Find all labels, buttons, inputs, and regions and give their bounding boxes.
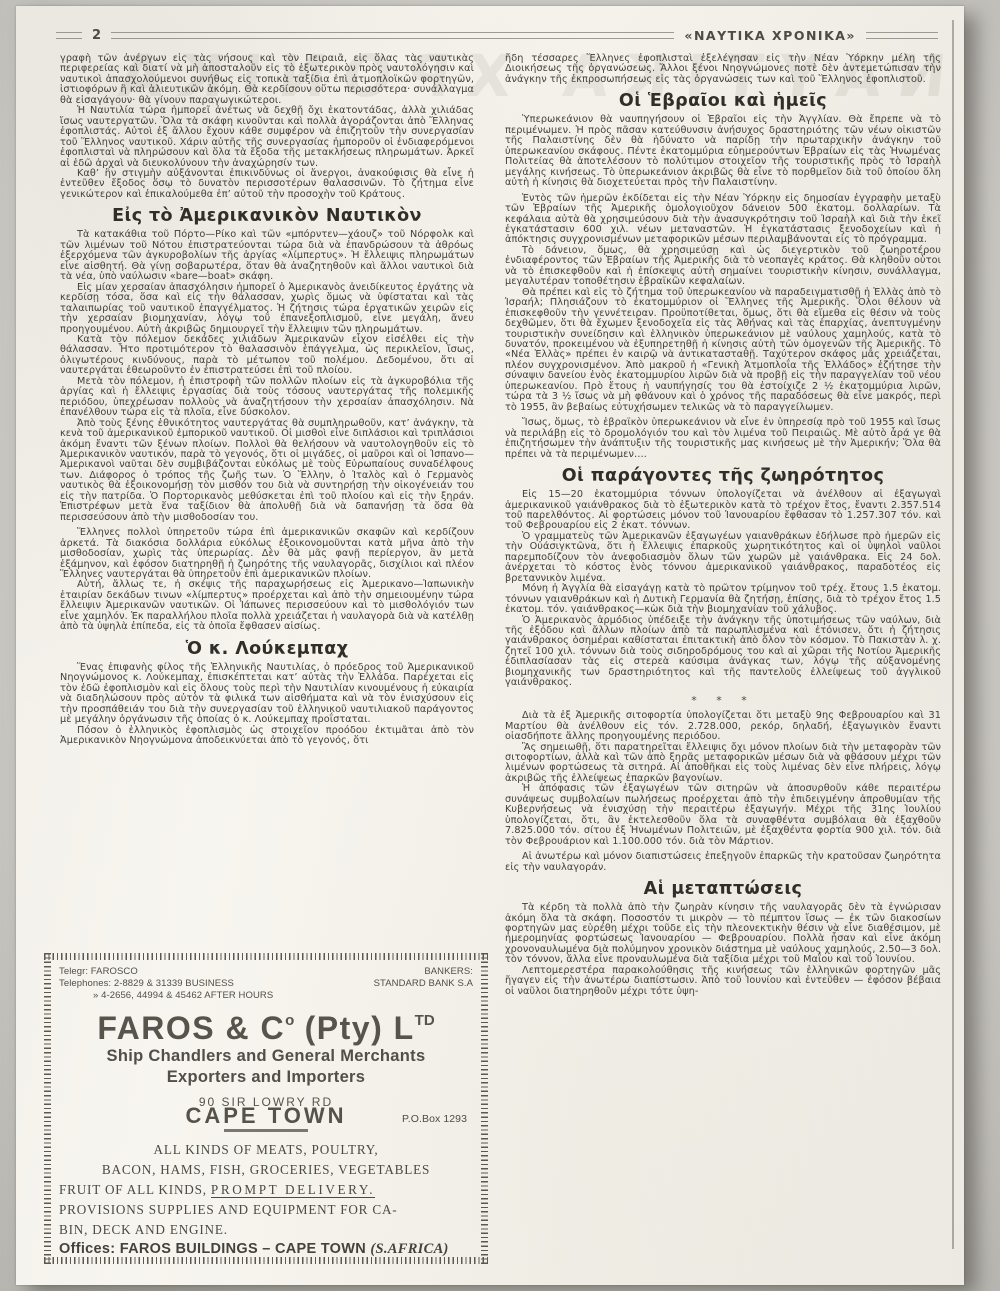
ad-prompt-delivery: PROMPT DELIVERY. bbox=[211, 1182, 375, 1198]
ad-city: CAPE TOWN bbox=[185, 1103, 346, 1128]
paragraph: Κατὰ τὸν πόλεμον δεκάδες χιλιάδων Ἀμερικ… bbox=[60, 335, 474, 377]
paragraph: Πόσον ὁ ἑλληνικὸς ἐφοπλισμὸς ὡς στοιχεῖο… bbox=[60, 726, 474, 747]
left-column-text: γραφὴ τῶν ἀνέργων εἰς τὰς νήσους καὶ τὸν… bbox=[60, 54, 474, 953]
page-number: 2 bbox=[92, 28, 101, 43]
paragraph: Τὰ κέρδη τὰ πολλὰ ἀπὸ τὴν ζωηρὰν κίνησιν… bbox=[505, 903, 941, 966]
ad-contact-row: Telegr: FAROSCO Telephones: 2-8829 & 313… bbox=[59, 966, 473, 1002]
ad-goods-line-3: FRUIT OF ALL KINDS, PROMPT DELIVERY. bbox=[59, 1180, 473, 1200]
header-rule-center bbox=[111, 32, 674, 39]
paragraph: Λεπτομερεστέρα παρακολούθησις τῆς κινήσε… bbox=[505, 966, 941, 997]
paragraph: Ὁ Ἀμερικανὸς ἁρμόδιος ὑπέδειξε τὴν ἀνάγκ… bbox=[505, 616, 941, 689]
ad-goods-line-4: PROVISIONS SUPPLIES AND EQUIPMENT FOR CA… bbox=[59, 1200, 473, 1220]
paragraph: Ἴσως, ὅμως, τὸ ἑβραϊκὸν ὑπερωκεάνιον νὰ … bbox=[505, 418, 941, 460]
ad-company-mid: (Pty) L bbox=[294, 1010, 414, 1046]
paragraph: Ἐντὸς τῶν ἡμερῶν ἐκδίδεται εἰς τὴν Νέαν … bbox=[505, 194, 941, 246]
right-column-text: ἤδη τέσσαρες Ἕλληνες ἐφοπλισταὶ ἐξελέγησ… bbox=[505, 54, 941, 997]
ad-ditto-mark: » bbox=[93, 990, 98, 1001]
ad-goods-line-2: BACON, HAMS, FISH, GROCERIES, VEGETABLES bbox=[59, 1160, 473, 1180]
paragraph: Ἕνας ἐπιφανὴς φίλος τῆς Ἑλληνικῆς Ναυτιλ… bbox=[60, 663, 474, 726]
paragraph: Ὑπερωκεάνιον θὰ ναυπηγήσουν οἱ Ἑβραῖοι ε… bbox=[505, 115, 941, 188]
ad-offices-country: (S.AFRICA) bbox=[370, 1241, 448, 1257]
section-heading: Αἱ μεταπτώσεις bbox=[505, 879, 941, 899]
ad-bankers-label: BANKERS: bbox=[374, 966, 473, 978]
newspaper-page: ΝΑΥΤΙΚΑ ΧΡΟΝΙΚΑ 2 «ΝΑΥΤΙΚΑ ΧΡΟΝΙΚΑ» γραφ… bbox=[16, 6, 964, 1285]
scan-background: ΝΑΥΤΙΚΑ ΧΡΟΝΙΚΑ 2 «ΝΑΥΤΙΚΑ ΧΡΟΝΙΚΑ» γραφ… bbox=[0, 0, 1000, 1291]
section-heading: Οἱ παράγοντες τῆς ζωηρότητος bbox=[505, 466, 941, 486]
paragraph: Ἡ ἀπόφασις τῶν ἐξαγωγέων τῶν σιτηρῶν νὰ … bbox=[505, 784, 941, 847]
ad-offices-text: Offices: FAROS BUILDINGS – CAPE TOWN bbox=[59, 1241, 370, 1257]
ad-telegraph-line: Telegr: FAROSCO bbox=[59, 966, 273, 978]
section-heading: Ὁ κ. Λούκεμπαχ bbox=[60, 639, 474, 659]
paragraph: γραφὴ τῶν ἀνέργων εἰς τὰς νήσους καὶ τὸν… bbox=[60, 54, 474, 106]
paragraph: Ἀπὸ τοὺς ξένης ἐθνικότητος ναυτεργάτας θ… bbox=[60, 419, 474, 524]
paragraph: Διὰ τὰ ἐξ Ἀμερικῆς σιτοφορτία ὑπολογίζετ… bbox=[505, 711, 941, 742]
paragraph: Ἂς σημειωθῇ, ὅτι παρατηρεῖται ἔλλειψις ὄ… bbox=[505, 743, 941, 785]
ad-company-main: FAROS & C bbox=[97, 1010, 285, 1046]
stars-separator: * * * bbox=[505, 696, 941, 706]
header-rule-right bbox=[866, 32, 938, 39]
left-column: γραφὴ τῶν ἀνέργων εἰς τὰς νήσους καὶ τὸν… bbox=[60, 54, 474, 1264]
paragraph: Μετὰ τὸν πόλεμον, ἡ ἐπιστροφὴ τῶν πολλῶν… bbox=[60, 377, 474, 419]
paragraph: ἤδη τέσσαρες Ἕλληνες ἐφοπλισταὶ ἐξελέγησ… bbox=[505, 54, 941, 85]
paragraph: Εἰς μίαν χερσαίαν ἀπασχόλησιν ἠμπορεῖ ὁ … bbox=[60, 283, 474, 335]
paragraph: Καθ’ ἣν στιγμὴν αὐξάνονται ἐπικινδύνως ο… bbox=[60, 169, 474, 200]
section-heading: Εἰς τὸ Ἀμερικανικὸν Ναυτικὸν bbox=[60, 206, 474, 226]
ad-company-name: FAROS & Co (Pty) LTD bbox=[59, 1012, 473, 1044]
ad-company-sup-o: o bbox=[285, 1012, 294, 1029]
ad-bankers-name: STANDARD BANK S.A bbox=[374, 978, 473, 990]
ad-phones-line-1: Telephones: 2-8829 & 31339 BUSINESS bbox=[59, 978, 273, 990]
ad-tagline-2: Exporters and Importers bbox=[59, 1067, 473, 1088]
ad-goods-line-1: ALL KINDS OF MEATS, POULTRY, bbox=[59, 1140, 473, 1160]
ad-offices-line: Offices: FAROS BUILDINGS – CAPE TOWN (S.… bbox=[59, 1244, 473, 1254]
paragraph: Τὰ κατακάθια τοῦ Πόρτο—Ρίκο καὶ τῶν «μπό… bbox=[60, 230, 474, 282]
publication-title: «ΝΑΥΤΙΚΑ ΧΡΟΝΙΚΑ» bbox=[684, 28, 856, 43]
paragraph: Μόνη ἡ Ἀγγλία θὰ εἰσαγάγῃ κατὰ τὸ πρῶτον… bbox=[505, 584, 941, 615]
ad-tagline-1: Ship Chandlers and General Merchants bbox=[59, 1046, 473, 1067]
header-rule-left bbox=[56, 32, 82, 39]
paragraph: Εἰς 15—20 ἑκατομμύρια τόννων ὑπολογίζετα… bbox=[505, 490, 941, 532]
ad-goods-fruit: FRUIT OF ALL KINDS, bbox=[59, 1182, 211, 1197]
page-edge-line bbox=[952, 20, 954, 1249]
paragraph: Ἡ Ναυτιλία τώρα ἠμπορεῖ ἀνέτως νὰ δεχθῇ … bbox=[60, 106, 474, 169]
paragraph: Ὁ γραμματεὺς τῶν Ἀμερικανῶν ἐξαγωγέων γα… bbox=[505, 532, 941, 584]
paragraph: Αἱ ἀνωτέρω καὶ μόνον διαπιστώσεις ἐπεξηγ… bbox=[505, 852, 941, 873]
right-column: ἤδη τέσσαρες Ἕλληνες ἐφοπλισταὶ ἐξελέγησ… bbox=[505, 54, 941, 997]
section-heading: Οἱ Ἑβραῖοι καὶ ἡμεῖς bbox=[505, 91, 941, 111]
advertisement-faros: Telegr: FAROSCO Telephones: 2-8829 & 313… bbox=[44, 953, 488, 1264]
ad-phones-2-text: 4-2656, 44994 & 45462 AFTER HOURS bbox=[101, 990, 273, 1001]
paragraph: Θὰ πρέπει καὶ εἰς τὸ ζήτημα τοῦ ὑπερωκεα… bbox=[505, 288, 941, 413]
ad-goods-line-5: BIN, DECK AND ENGINE. bbox=[59, 1220, 473, 1240]
ad-contact-block: Telegr: FAROSCO Telephones: 2-8829 & 313… bbox=[59, 966, 273, 1002]
ad-bankers-block: BANKERS: STANDARD BANK S.A bbox=[374, 966, 473, 1002]
ad-company-sup-td: TD bbox=[415, 1012, 435, 1029]
ad-city-underline bbox=[224, 1129, 308, 1131]
ad-pobox: P.O.Box 1293 bbox=[402, 1114, 467, 1124]
paragraph: Αὐτή, ἄλλως τε, ἡ σκέψις τῆς παραχωρήσεω… bbox=[60, 580, 474, 632]
ad-city-row: CAPE TOWN P.O.Box 1293 bbox=[59, 1111, 473, 1126]
page-header: 2 «ΝΑΥΤΙΚΑ ΧΡΟΝΙΚΑ» bbox=[56, 28, 938, 43]
ad-phones-line-2: » 4-2656, 44994 & 45462 AFTER HOURS bbox=[59, 990, 273, 1002]
paragraph: Τὸ δάνειον, ὅμως, θὰ χρησιμεύσῃ καὶ ὡς δ… bbox=[505, 246, 941, 288]
paragraph: Ἕλληνες πολλοὶ ὑπηρετοῦν τώρα ἐπὶ ἀμερικ… bbox=[60, 528, 474, 580]
